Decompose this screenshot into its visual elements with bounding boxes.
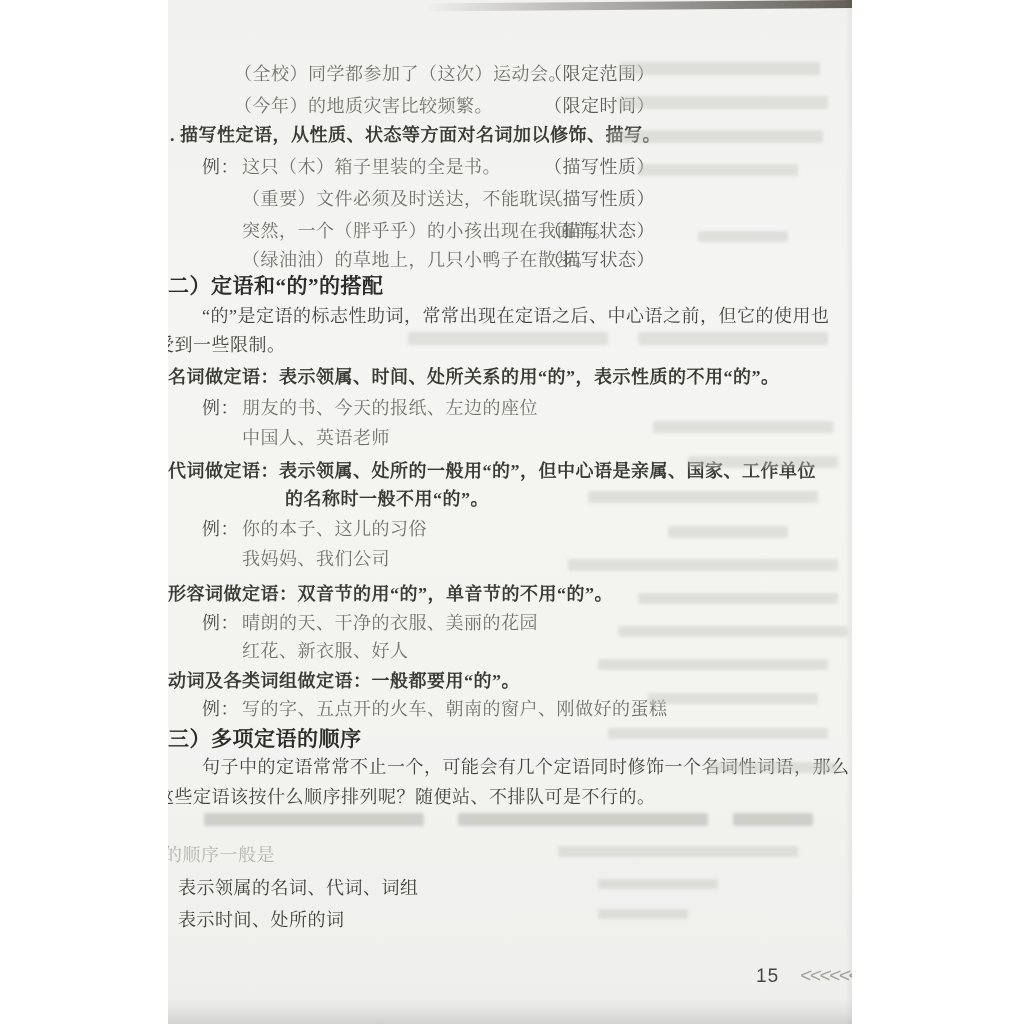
item-text: 名词做定语：表示领属、时间、处所关系的用“的”，表示性质的不用“的”。: [168, 363, 780, 389]
item-text: 形容词做定语：双音节的用“的”，单音节的不用“的”。: [168, 580, 613, 606]
example-sentence: （全校）同学都参加了（这次）运动会。: [234, 60, 567, 86]
bleedthrough-smudge: [618, 626, 848, 637]
list-item-text: 表示领属的名词、代词、词组: [178, 874, 419, 900]
example-label: 例：: [202, 153, 239, 179]
example-sentence: 红花、新衣服、好人: [242, 637, 409, 663]
bleedthrough-smudge: [733, 813, 813, 826]
bleedthrough-smudge: [408, 332, 608, 345]
bleedthrough-smudge: [608, 130, 823, 143]
example-label: 例：: [202, 394, 239, 420]
bleedthrough-smudge: [668, 526, 788, 538]
text-line: （绿油油）的草地上，几只小鸭子在散步。 （描写状态）: [168, 246, 852, 272]
bleedthrough-smudge: [588, 491, 818, 503]
section-heading: 二）定语和“的”的搭配: [168, 270, 852, 300]
example-sentence: 我妈妈、我们公司: [242, 545, 390, 571]
bleedthrough-smudge: [598, 879, 718, 889]
bleedthrough-smudge: [708, 762, 838, 773]
text-line: 表示时间、处所的词: [168, 906, 852, 932]
text-line: 动词及各类词组做定语：一般都要用“的”。: [168, 667, 852, 693]
grammar-annotation: （描写状态）: [544, 217, 655, 243]
bleedthrough-smudge: [204, 813, 424, 826]
item-text: . 描写性定语，从性质、状态等方面对名词加以修饰、描写。: [170, 121, 661, 147]
example-sentence: 中国人、英语老师: [242, 424, 390, 450]
body-text: “的”是定语的标志性助词，常常出现在定语之后、中心语之前，但它的使用也: [202, 302, 829, 328]
section-heading-text: 二）定语和“的”的搭配: [168, 270, 384, 300]
bleedthrough-smudge: [688, 456, 838, 468]
book-page: （全校）同学都参加了（这次）运动会。 （限定范围） （今年）的地质灾害比较频繁。…: [168, 0, 852, 1024]
chevron-marks: <<<<<<: [798, 965, 852, 988]
grammar-annotation: （描写状态）: [544, 246, 655, 272]
body-text: 受到一些限制。: [168, 331, 286, 357]
example-sentence: （重要）文件必须及时送达，不能耽误。: [242, 185, 575, 211]
example-label: 例：: [202, 695, 239, 721]
page-edge-shade: [845, 0, 852, 1024]
example-sentence: （今年）的地质灾害比较频繁。: [234, 92, 493, 118]
page-number: 15: [756, 966, 779, 988]
faded-text: 的顺序一般是: [168, 841, 275, 867]
example-sentence: 朋友的书、今天的报纸、左边的座位: [242, 394, 538, 420]
example-sentence: （绿油油）的草地上，几只小鸭子在散步。: [242, 246, 594, 272]
text-line: 这些定语该按什么顺序排列呢？随便站、不排队可是不行的。: [168, 783, 852, 809]
bleedthrough-smudge: [648, 693, 818, 704]
grammar-annotation: （描写性质）: [544, 185, 655, 211]
text-line: （重要）文件必须及时送达，不能耽误。 （描写性质）: [168, 185, 852, 211]
text-line: 名词做定语：表示领属、时间、处所关系的用“的”，表示性质的不用“的”。: [168, 363, 852, 389]
bleedthrough-smudge: [608, 728, 828, 739]
book-top-edge-shadow: [423, 0, 852, 11]
bleedthrough-smudge: [598, 659, 828, 670]
section-heading-text: 三）多项定语的顺序: [168, 723, 362, 753]
list-item-text: 表示时间、处所的词: [178, 906, 345, 932]
bleedthrough-smudge: [653, 421, 833, 433]
example-sentence: 晴朗的天、干净的衣服、美丽的花园: [242, 609, 538, 635]
bleedthrough-smudge: [458, 813, 708, 826]
bleedthrough-smudge: [638, 164, 798, 176]
bleedthrough-smudge: [638, 593, 838, 604]
text-line: 表示领属的名词、代词、词组: [168, 874, 852, 900]
bleedthrough-smudge: [568, 559, 838, 571]
item-text: 动词及各类词组做定语：一般都要用“的”。: [168, 667, 520, 693]
example-label: 例：: [202, 515, 239, 541]
bleedthrough-smudge: [618, 96, 828, 109]
example-sentence: 你的本子、这儿的习俗: [242, 515, 427, 541]
example-label: 例：: [202, 609, 239, 635]
text-line: “的”是定语的标志性助词，常常出现在定语之后、中心语之前，但它的使用也: [168, 302, 852, 328]
page-bottom-shade: [168, 998, 852, 1024]
item-text: 的名称时一般不用“的”。: [285, 485, 489, 511]
example-sentence: 写的字、五点开的火车、朝南的窗户、刚做好的蛋糕: [242, 695, 668, 721]
example-sentence: 这只（木）箱子里装的全是书。: [242, 153, 501, 179]
body-text: 这些定语该按什么顺序排列呢？随便站、不排队可是不行的。: [168, 783, 656, 809]
bleedthrough-smudge: [598, 909, 688, 919]
text-line: 例： 朋友的书、今天的报纸、左边的座位: [168, 394, 852, 420]
bleedthrough-smudge: [558, 846, 798, 857]
photo-background: （全校）同学都参加了（这次）运动会。 （限定范围） （今年）的地质灾害比较频繁。…: [0, 0, 1024, 1024]
bleedthrough-smudge: [698, 231, 788, 242]
bleedthrough-smudge: [620, 62, 820, 75]
bleedthrough-smudge: [638, 332, 828, 345]
